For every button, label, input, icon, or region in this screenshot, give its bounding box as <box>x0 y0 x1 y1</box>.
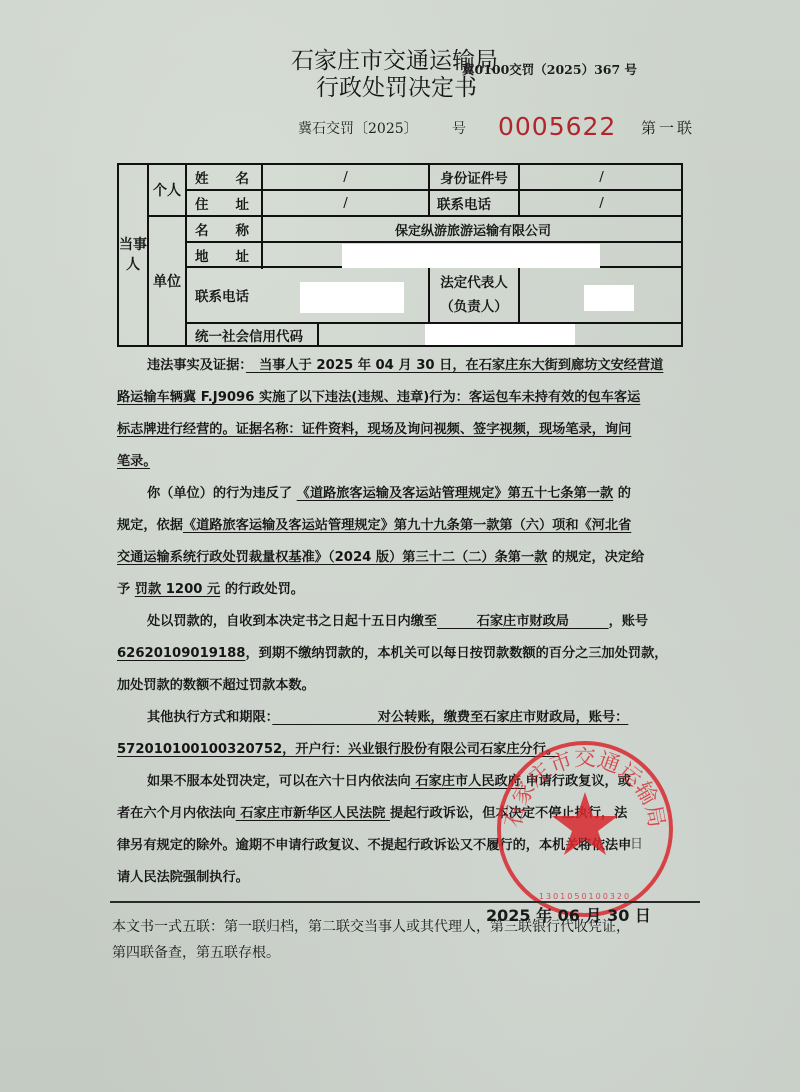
serial-number: 0005622 <box>498 112 616 141</box>
individual-name-label: 姓 名 <box>195 165 259 189</box>
facts-line-2: 路运输车辆冀 F.J9096 实施了以下违法(违规、违章)行为：客运包车未持有效… <box>117 390 640 405</box>
unit-name-value: 保定纵游旅游运输有限公司 <box>263 217 683 241</box>
legal-basis: 《道路旅客运输及客运站管理规定》第九十九条第一款第（六）项和《河北省 <box>183 518 631 533</box>
document-number: 冀0100交罚（2025）367 号 <box>462 60 637 78</box>
appeal-text: 如果不服本处罚决定，可以在六十日内依法向 <box>147 774 411 789</box>
individual-phone-label: 联系电话 <box>437 191 517 215</box>
document-title: 行政处罚决定书 <box>316 69 477 102</box>
footer-divider <box>110 901 700 903</box>
party-table: 当事人 个人 单位 姓 名 / 身份证件号 / 住 址 / 联系电话 / 名 称… <box>117 163 683 347</box>
unit-label: 单位 <box>149 217 185 345</box>
copy-label: 第一联 <box>641 117 695 138</box>
seal-date-day: 日 <box>630 833 643 852</box>
violation-text: 你（单位）的行为违反了 <box>147 486 292 501</box>
payee: 石家庄市财政局 <box>437 614 608 629</box>
facts-line-1: 当事人于 2025 年 04 月 30 日，在石家庄东大街到廊坊文安经营道 <box>246 358 663 373</box>
unit-name-label: 名 称 <box>195 217 259 241</box>
payment-text: 加处罚款的数额不超过罚款本数。 <box>117 678 315 693</box>
legal-rep-redacted <box>584 285 634 311</box>
other-line-1: 对公转账，缴费至石家庄市财政局，账号： <box>272 710 628 725</box>
appeal-text: 请人民法院强制执行。 <box>117 870 249 885</box>
facts-line-4: 笔录。 <box>117 454 150 469</box>
violation-text: 的行政处罚。 <box>225 582 304 597</box>
serial-hao: 号 <box>452 118 466 138</box>
individual-phone-value: / <box>520 191 683 215</box>
individual-id-label: 身份证件号 <box>430 165 518 189</box>
individual-name-value: / <box>263 165 428 189</box>
credit-code-redacted <box>425 324 575 345</box>
svg-text:1301050100320: 1301050100320 <box>539 892 631 901</box>
violation-text: 的规定，决定给 <box>552 550 644 565</box>
violated-regulation: 《道路旅客运输及客运站管理规定》第五十七条第一款 <box>297 486 614 501</box>
payment-text: ，到期不缴纳罚款的，本机关可以每日按罚款数额的百分之三加处罚款， <box>245 646 667 661</box>
account-number: 62620109019188 <box>117 646 245 661</box>
seal-date-month: 月 <box>576 833 589 852</box>
payee-name: 石家庄市财政局 <box>477 614 569 629</box>
legal-rep-label-sub: （负责人） <box>440 295 508 319</box>
footer-note: 本文书一式五联：第一联归档，第二联交当事人或其代理人，第三联银行代收凭证， 第四… <box>112 914 712 966</box>
facts-line-3: 标志牌进行经营的。证据名称：证件资料，现场及询问视频、签字视频，现场笔录，询问 <box>117 422 631 437</box>
official-seal-icon: 石家庄市交通运输局 1301050100320 <box>492 736 678 922</box>
court: 石家庄市新华区人民法院 <box>236 806 390 821</box>
other-label: 其他执行方式和期限： <box>147 710 272 725</box>
individual-address-value: / <box>263 191 428 215</box>
legal-rep-label-main: 法定代表人 <box>440 271 508 295</box>
footer-line-1: 本文书一式五联：第一联归档，第二联交当事人或其代理人，第三联银行代收凭证， <box>112 914 712 940</box>
serial-prefix: 冀石交罚〔2025〕 <box>298 118 418 138</box>
violation-text: 的 <box>618 486 631 501</box>
unit-address-redacted <box>342 244 600 268</box>
legal-basis-cont: 交通运输系统行政处罚裁量权基准》（2024 版）第三十二（二）条第一款 <box>117 550 547 565</box>
unit-address-label: 地 址 <box>195 243 259 266</box>
credit-code-label: 统一社会信用代码 <box>195 324 317 345</box>
individual-address-label: 住 址 <box>195 191 259 215</box>
violation-section: 你（单位）的行为违反了 《道路旅客运输及客运站管理规定》第五十七条第一款 的 规… <box>117 478 687 606</box>
party-label: 当事人 <box>119 225 147 285</box>
payment-section: 处以罚款的，自收到本决定书之日起十五日内缴至 石家庄市财政局 ，账号 62620… <box>117 606 687 702</box>
violation-text: 予 <box>117 582 130 597</box>
unit-phone-redacted <box>300 282 404 313</box>
appeal-text: 者在六个月内依法向 <box>117 806 236 821</box>
court-name: 石家庄市新华区人民法院 <box>240 806 385 821</box>
payment-text: ，账号 <box>609 614 649 629</box>
individual-id-value: / <box>520 165 683 189</box>
unit-phone-label: 联系电话 <box>195 268 261 322</box>
payment-text: 处以罚款的，自收到本决定书之日起十五日内缴至 <box>147 614 437 629</box>
footer-line-2: 第四联备查，第五联存根。 <box>112 940 712 966</box>
other-line-1-text: 对公转账，缴费至石家庄市财政局，账号： <box>378 710 629 725</box>
facts-label: 违法事实及证据： <box>147 358 246 373</box>
penalty-amount: 罚款 1200 元 <box>135 582 220 597</box>
facts-section: 违法事实及证据： 当事人于 2025 年 04 月 30 日，在石家庄东大街到廊… <box>117 350 687 478</box>
individual-label: 个人 <box>149 165 185 215</box>
violation-text: 规定，依据 <box>117 518 183 533</box>
legal-rep-label: 法定代表人 （负责人） <box>430 268 518 322</box>
